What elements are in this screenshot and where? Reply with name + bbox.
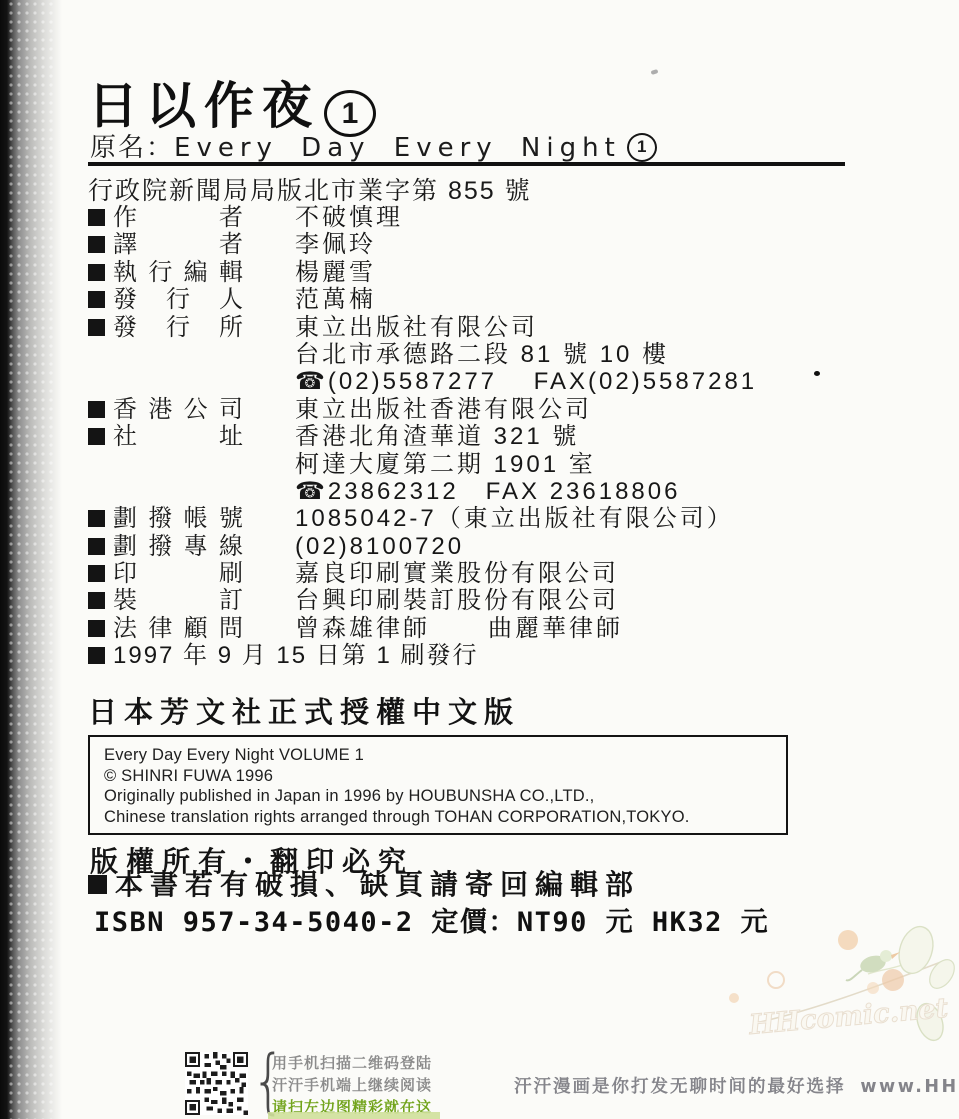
row-label: 法律顧問 [113,615,243,642]
footer-strip: { 用手机扫描二维码登陆 汗汗手机端上继续阅读 请扫左边图精彩就在这 汗汗漫画是… [0,1046,959,1119]
original-title-line: 原名：Every Day Every Night1 [90,127,657,164]
qr-code-icon [185,1052,248,1115]
square-bullet-icon [88,538,105,555]
square-bullet-icon [88,264,105,281]
row-value: 曾森雄律師 [295,615,430,642]
row-translator: 譯者李佩玲 [88,231,757,258]
row-value: 台北市承德路二段 81 號 10 樓 [295,341,669,368]
qr-instruction-line-2: 汗汗手机端上继续阅读 [272,1075,432,1097]
site-url: www.HHcomic.com [860,1077,959,1097]
chinese-license-notice: 日本芳文社正式授權中文版 [88,690,520,731]
qr-instruction-lines: 用手机扫描二维码登陆 汗汗手机端上继续阅读 请扫左边图精彩就在这 [272,1053,432,1119]
copyright-line: © SHINRI FUWA 1996 [104,766,776,787]
row-author: 作者不破慎理 [88,204,757,231]
row-label: 裝訂 [113,587,243,614]
square-bullet-icon [88,319,105,336]
square-bullet-icon [88,428,105,445]
square-bullet-icon [88,620,105,637]
row-label: 劃撥專線 [113,533,243,560]
copyright-line: Chinese translation rights arranged thro… [104,807,776,828]
row-phone-fax: ☎(02)5587277 FAX(02)5587281 [88,368,757,395]
copyright-line: Originally published in Japan in 1996 by… [104,786,776,807]
square-bullet-icon [88,209,105,226]
scanned-colophon-page: 日以作夜1 原名：Every Day Every Night1 行政院新聞局局版… [0,0,959,1119]
row-value: ☎(02)5587277 FAX(02)5587281 [295,368,757,395]
colophon-rows: 作者不破慎理 譯者李佩玲 執行編輯楊麗雪 發行人范萬楠 發行所東立出版社有限公司… [88,204,757,670]
row-postal-account: 劃撥帳號1085042-7（東立出版社有限公司） [88,505,757,532]
row-label: 發行所 [113,314,243,341]
row-value: 香港北角渣華道 321 號 [295,423,579,450]
square-bullet-icon [88,236,105,253]
row-label: 印刷 [113,560,243,587]
row-value: 東立出版社香港有限公司 [295,396,592,423]
square-bullet-icon [88,592,105,609]
row-hk-address: 社址香港北角渣華道 321 號 [88,423,757,450]
original-title: Every Day Every Night [174,133,621,163]
row-publishing-house: 發行所東立出版社有限公司 [88,314,757,341]
row-value: 李佩玲 [295,231,376,258]
row-label: 譯者 [113,231,243,258]
original-title-label: 原名： [90,132,174,162]
row-binder: 裝訂台興印刷裝訂股份有限公司 [88,587,757,614]
row-hk-company: 香港公司東立出版社香港有限公司 [88,396,757,423]
row-value-2: 曲麗華律師 [488,615,623,642]
row-label: 香港公司 [113,396,243,423]
row-printer: 印刷嘉良印刷實業股份有限公司 [88,560,757,587]
row-hk-address-cont: 柯達大廈第二期 1901 室 [88,451,757,478]
watermark-text: HHcomic.net [747,993,950,1041]
return-notice: 本書若有破損、缺頁請寄回編輯部 [115,869,640,900]
scan-speck [651,69,659,75]
square-bullet-icon [88,875,107,894]
square-bullet-icon [88,565,105,582]
square-bullet-icon [88,510,105,527]
row-address-cont: 台北市承德路二段 81 號 10 樓 [88,341,757,368]
book-spine-edge [0,0,62,1119]
row-value: (02)8100720 [295,533,464,560]
divider-rule [88,162,845,166]
square-bullet-icon [88,291,105,308]
row-hk-phone-fax: ☎23862312 FAX 23618806 [88,478,757,505]
row-value: 台興印刷裝訂股份有限公司 [295,587,619,614]
return-notice-row: 本書若有破損、缺頁請寄回編輯部 [88,869,640,900]
copyright-line: Every Day Every Night VOLUME 1 [104,745,776,766]
row-publisher-person: 發行人范萬楠 [88,286,757,313]
row-label: 發行人 [113,286,243,313]
row-value: ☎23862312 FAX 23618806 [295,478,680,505]
row-value: 不破慎理 [295,204,403,231]
row-value: 范萬楠 [295,286,376,313]
row-postal-hotline: 劃撥專線(02)8100720 [88,533,757,560]
row-value: 柯達大廈第二期 1901 室 [295,451,596,478]
row-label: 劃撥帳號 [113,505,243,532]
original-volume-badge: 1 [627,133,657,162]
row-value: 東立出版社有限公司 [295,314,538,341]
row-executive-editor: 執行編輯楊麗雪 [88,259,757,286]
tagline-text: 汗汗漫画是你打发无聊时间的最好选择 [514,1076,846,1096]
isbn-price-line: ISBN 957-34-5040-2 定價：NT90 元 HK32 元 [94,900,769,939]
square-bullet-icon [88,647,105,664]
row-print-date: 1997 年 9 月 15 日第 1 刷發行 [88,642,757,669]
row-label: 作者 [113,204,243,231]
row-legal-advisors: 法律顧問曾森雄律師曲麗華律師 [88,615,757,642]
qr-instruction-line-1: 用手机扫描二维码登陆 [272,1053,432,1075]
site-tagline: 汗汗漫画是你打发无聊时间的最好选择 www.HHcomic.com [514,1073,959,1098]
row-value: 嘉良印刷實業股份有限公司 [295,560,619,587]
row-value: 楊麗雪 [295,259,376,286]
ink-dot-artifact [814,371,820,376]
green-highlight-bar [268,1112,440,1119]
row-label: 執行編輯 [113,259,243,286]
row-value: 1997 年 9 月 15 日第 1 刷發行 [113,642,478,669]
registration-number: 行政院新聞局局版北市業字第 855 號 [88,171,532,207]
copyright-box: Every Day Every Night VOLUME 1 © SHINRI … [88,735,788,835]
row-label: 社址 [113,423,243,450]
square-bullet-icon [88,401,105,418]
row-value: 1085042-7（東立出版社有限公司） [295,505,734,532]
